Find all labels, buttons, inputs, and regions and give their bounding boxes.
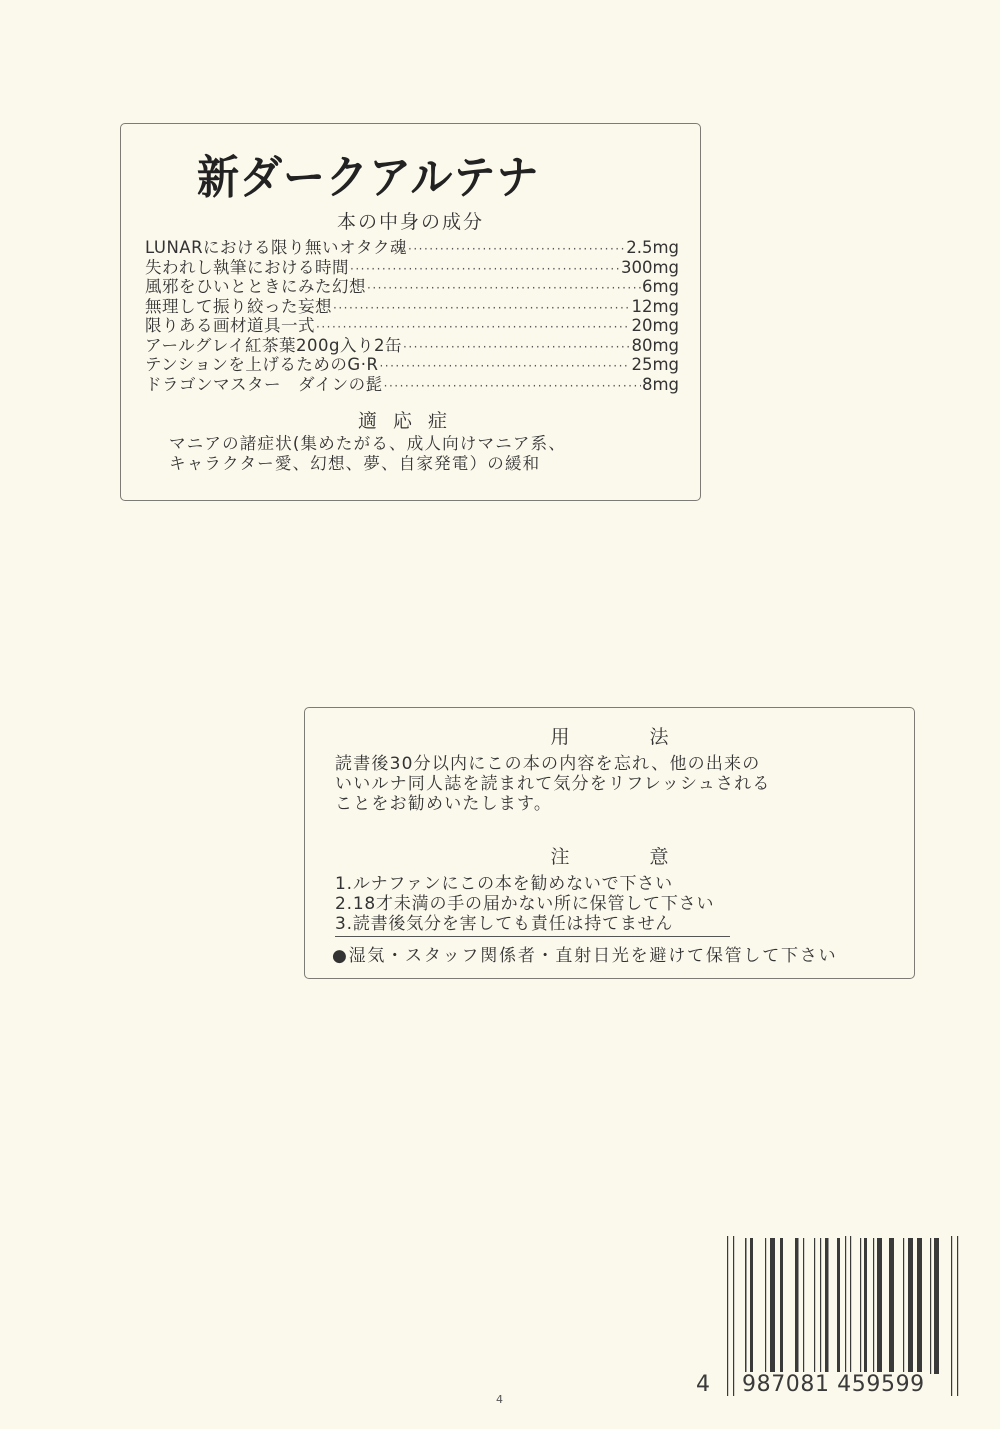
ingredient-amount: 25mg: [631, 355, 679, 375]
barcode-number: 987081 459599: [740, 1372, 927, 1397]
leader-dots: ········································…: [379, 357, 630, 377]
leader-dots: ········································…: [367, 279, 641, 299]
usage-line: いいルナ同人誌を読まれて気分をリフレッシュされる: [335, 774, 771, 794]
ingredients-list: LUNARにおける限り無いオタク魂 ······················…: [145, 238, 679, 394]
usage-line: ことをお勧めいたします。: [335, 794, 771, 814]
leader-dots: ········································…: [333, 299, 630, 319]
ingredient-amount: 300mg: [621, 258, 679, 278]
ingredient-amount: 6mg: [642, 277, 679, 297]
ingredients-panel: 新ダークアルテナ 本の中身の成分 LUNARにおける限り無いオタク魂 ·····…: [120, 123, 701, 501]
page-number: 4: [496, 1393, 503, 1406]
leader-dots: ········································…: [408, 240, 625, 260]
ingredient-name: テンションを上げるためのG·R: [145, 355, 378, 375]
ingredient-name: 無理して振り絞った妄想: [145, 297, 332, 317]
book-title: 新ダークアルテナ: [197, 142, 539, 207]
ingredient-amount: 20mg: [631, 316, 679, 336]
leader-dots: ········································…: [403, 338, 630, 358]
caution-item: 3.読書後気分を害しても責任は持てません: [335, 914, 714, 934]
indications-line: マニアの諸症状(集めたがる、成人向けマニア系、: [169, 434, 566, 454]
usage-line: 読書後30分以内にこの本の内容を忘れ、他の出来の: [335, 754, 771, 774]
ingredient-row: ドラゴンマスター ダインの髭 ·························…: [145, 375, 679, 395]
ingredient-name: 風邪をひいとときにみた幻想: [145, 277, 366, 297]
caution-item: 2.18才未満の手の届かない所に保管して下さい: [335, 894, 714, 914]
indications-line: キャラクター愛、幻想、夢、自家発電）の緩和: [169, 454, 566, 474]
ingredient-row: 限りある画材道具一式 ·····························…: [145, 316, 679, 336]
caution-list: 1.ルナファンにこの本を勧めないで下さい 2.18才未満の手の届かない所に保管し…: [335, 874, 714, 934]
indications-heading: 適応症: [121, 406, 700, 433]
ingredient-name: LUNARにおける限り無いオタク魂: [145, 238, 407, 258]
ingredient-row: LUNARにおける限り無いオタク魂 ······················…: [145, 238, 679, 258]
indications-text: マニアの諸症状(集めたがる、成人向けマニア系、 キャラクター愛、幻想、夢、自家発…: [169, 434, 566, 474]
usage-heading: 用法: [305, 722, 914, 749]
ingredients-heading: 本の中身の成分: [121, 207, 700, 234]
usage-text: 読書後30分以内にこの本の内容を忘れ、他の出来の いいルナ同人誌を読まれて気分を…: [335, 754, 771, 814]
ingredient-name: 失われし執筆における時間: [145, 258, 349, 278]
ingredient-name: ドラゴンマスター ダインの髭: [145, 375, 383, 395]
ingredient-row: 失われし執筆における時間 ···························…: [145, 258, 679, 278]
ingredient-name: アールグレイ紅茶葉200g入り2缶: [145, 336, 402, 356]
ingredient-amount: 8mg: [642, 375, 679, 395]
barcode-lead-digit: 4: [696, 1372, 710, 1397]
ingredient-row: 風邪をひいとときにみた幻想 ··························…: [145, 277, 679, 297]
ingredient-name: 限りある画材道具一式: [145, 316, 315, 336]
storage-note: ●湿気・スタッフ関係者・直射日光を避けて保管して下さい: [332, 941, 837, 966]
leader-dots: ········································…: [384, 377, 641, 397]
ingredient-amount: 80mg: [631, 336, 679, 356]
ingredient-amount: 2.5mg: [626, 238, 679, 258]
caution-item: 1.ルナファンにこの本を勧めないで下さい: [335, 874, 714, 894]
ingredient-row: 無理して振り絞った妄想 ····························…: [145, 297, 679, 317]
usage-caution-panel: 用法 読書後30分以内にこの本の内容を忘れ、他の出来の いいルナ同人誌を読まれて…: [304, 707, 915, 979]
ingredient-row: テンションを上げるためのG·R ························…: [145, 355, 679, 375]
divider: [335, 936, 730, 937]
ingredient-amount: 12mg: [631, 297, 679, 317]
caution-heading: 注意: [305, 842, 914, 869]
leader-dots: ········································…: [350, 260, 620, 280]
ingredient-row: アールグレイ紅茶葉200g入り2缶 ······················…: [145, 336, 679, 356]
